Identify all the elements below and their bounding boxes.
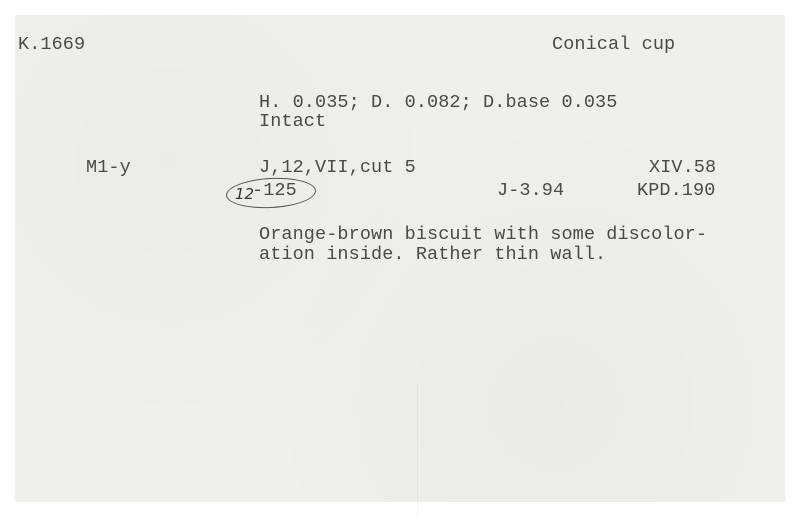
kpd-reference: KPD.190 xyxy=(637,182,715,201)
plate-reference: XIV.58 xyxy=(649,159,716,178)
description-line-2: ation inside. Rather thin wall. xyxy=(259,246,606,265)
catalog-number: K.1669 xyxy=(18,36,85,55)
description-line-1: Orange-brown biscuit with some discolor- xyxy=(259,226,707,245)
context-code: M1-y xyxy=(86,159,131,178)
condition: Intact xyxy=(259,113,326,132)
inventory-number-suffix: -125 xyxy=(252,182,297,201)
photo-reference: J-3.94 xyxy=(497,182,564,201)
object-type: Conical cup xyxy=(552,36,675,55)
findspot: J,12,VII,cut 5 xyxy=(259,159,416,178)
dimensions: H. 0.035; D. 0.082; D.base 0.035 xyxy=(259,94,617,113)
card-fold-line xyxy=(417,385,418,517)
